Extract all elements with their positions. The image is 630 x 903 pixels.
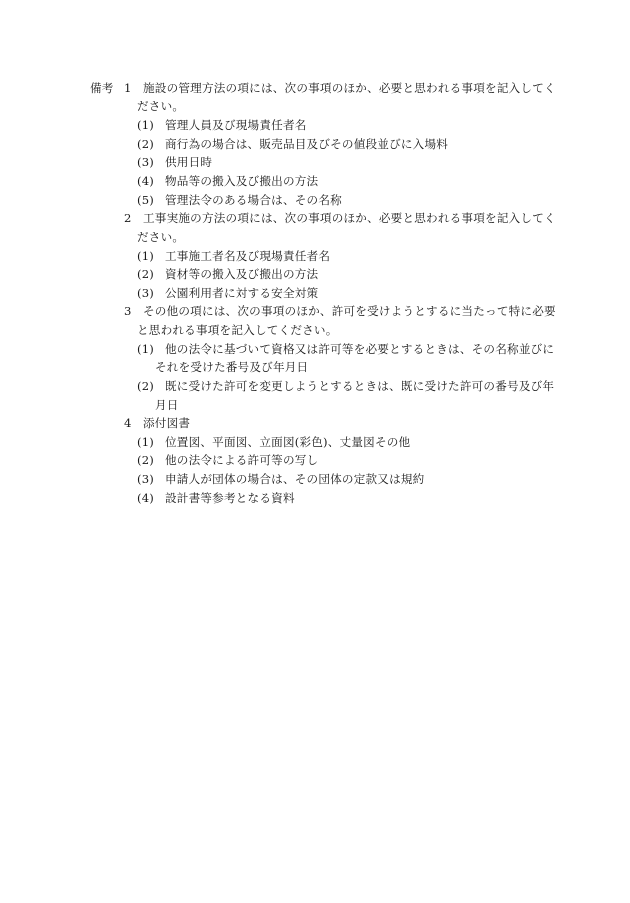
- section-3-number: 3: [124, 304, 132, 318]
- section-2-item-2-text: 資材等の搬入及び搬出の方法: [165, 267, 318, 281]
- section-3-item-2-marker: (2): [137, 379, 154, 393]
- section-2-item-3-marker: (3): [137, 286, 154, 300]
- section-4-number: 4: [124, 416, 132, 430]
- section-2-item-1-text: 工事施工者名及び現場責任者名: [165, 249, 330, 263]
- section-4-item-1-marker: (1): [137, 435, 154, 449]
- section-1-item-1-marker: (1): [137, 118, 154, 132]
- section-2-number: 2: [124, 211, 132, 225]
- section-2-item-2-marker: (2): [137, 267, 154, 281]
- section-1-item-1-text: 管理人員及び現場責任者名: [165, 118, 307, 132]
- section-3-item-1-text-line-1: 他の法令に基づいて資格又は許可等を必要とするときは、その名称並びに: [165, 342, 554, 356]
- section-3-item-2-text-line-2: 月日: [155, 398, 179, 412]
- document-page: 備考 1 施設の管理方法の項には、次の事項のほか、必要と思われる事項を記入してく…: [0, 0, 630, 903]
- section-4-item-4-text: 設計書等参考となる資料: [165, 491, 295, 505]
- section-1-text-line-2: ださい。: [137, 99, 184, 113]
- section-1-item-5-text: 管理法令のある場合は、その名称: [165, 193, 342, 207]
- section-3-text-line-2: と思われる事項を記入してください。: [137, 323, 338, 337]
- section-3-text-line-1: その他の項には、次の事項のほか、許可を受けようとするに当たって特に必要: [143, 304, 556, 318]
- section-4-item-2-text: 他の法令による許可等の写し: [165, 453, 318, 467]
- section-1-item-3-text: 供用日時: [165, 155, 212, 169]
- section-2-text-line-1: 工事実施の方法の項には、次の事項のほか、必要と思われる事項を記入してく: [143, 211, 556, 225]
- section-4-item-3-marker: (3): [137, 472, 154, 486]
- section-3-item-2-text-line-1: 既に受けた許可を変更しようとするときは、既に受けた許可の番号及び年: [165, 379, 554, 393]
- section-3-item-1-marker: (1): [137, 342, 154, 356]
- section-4-item-4-marker: (4): [137, 491, 154, 505]
- section-2-text-line-2: ださい。: [137, 230, 184, 244]
- section-2-item-3-text: 公園利用者に対する安全対策: [165, 286, 318, 300]
- section-1-number: 1: [124, 81, 132, 95]
- section-1-item-4-text: 物品等の搬入及び搬出の方法: [165, 174, 318, 188]
- section-1-item-2-marker: (2): [137, 137, 154, 151]
- section-1-item-3-marker: (3): [137, 155, 154, 169]
- section-1-item-2-text: 商行為の場合は、販売品目及びその値段並びに入場料: [165, 137, 448, 151]
- section-4-item-1-text: 位置図、平面図、立面図(彩色)、丈量図その他: [165, 435, 410, 449]
- section-4-item-3-text: 申請人が団体の場合は、その団体の定款又は規約: [165, 472, 424, 486]
- section-2-item-1-marker: (1): [137, 249, 154, 263]
- remarks-label: 備考: [90, 81, 114, 95]
- section-1-item-5-marker: (5): [137, 193, 154, 207]
- section-4-item-2-marker: (2): [137, 453, 154, 467]
- section-1-item-4-marker: (4): [137, 174, 154, 188]
- section-1-text-line-1: 施設の管理方法の項には、次の事項のほか、必要と思われる事項を記入してく: [143, 81, 556, 95]
- section-3-item-1-text-line-2: それを受けた番号及び年月日: [155, 360, 308, 374]
- section-4-text-line-1: 添付図書: [143, 416, 190, 430]
